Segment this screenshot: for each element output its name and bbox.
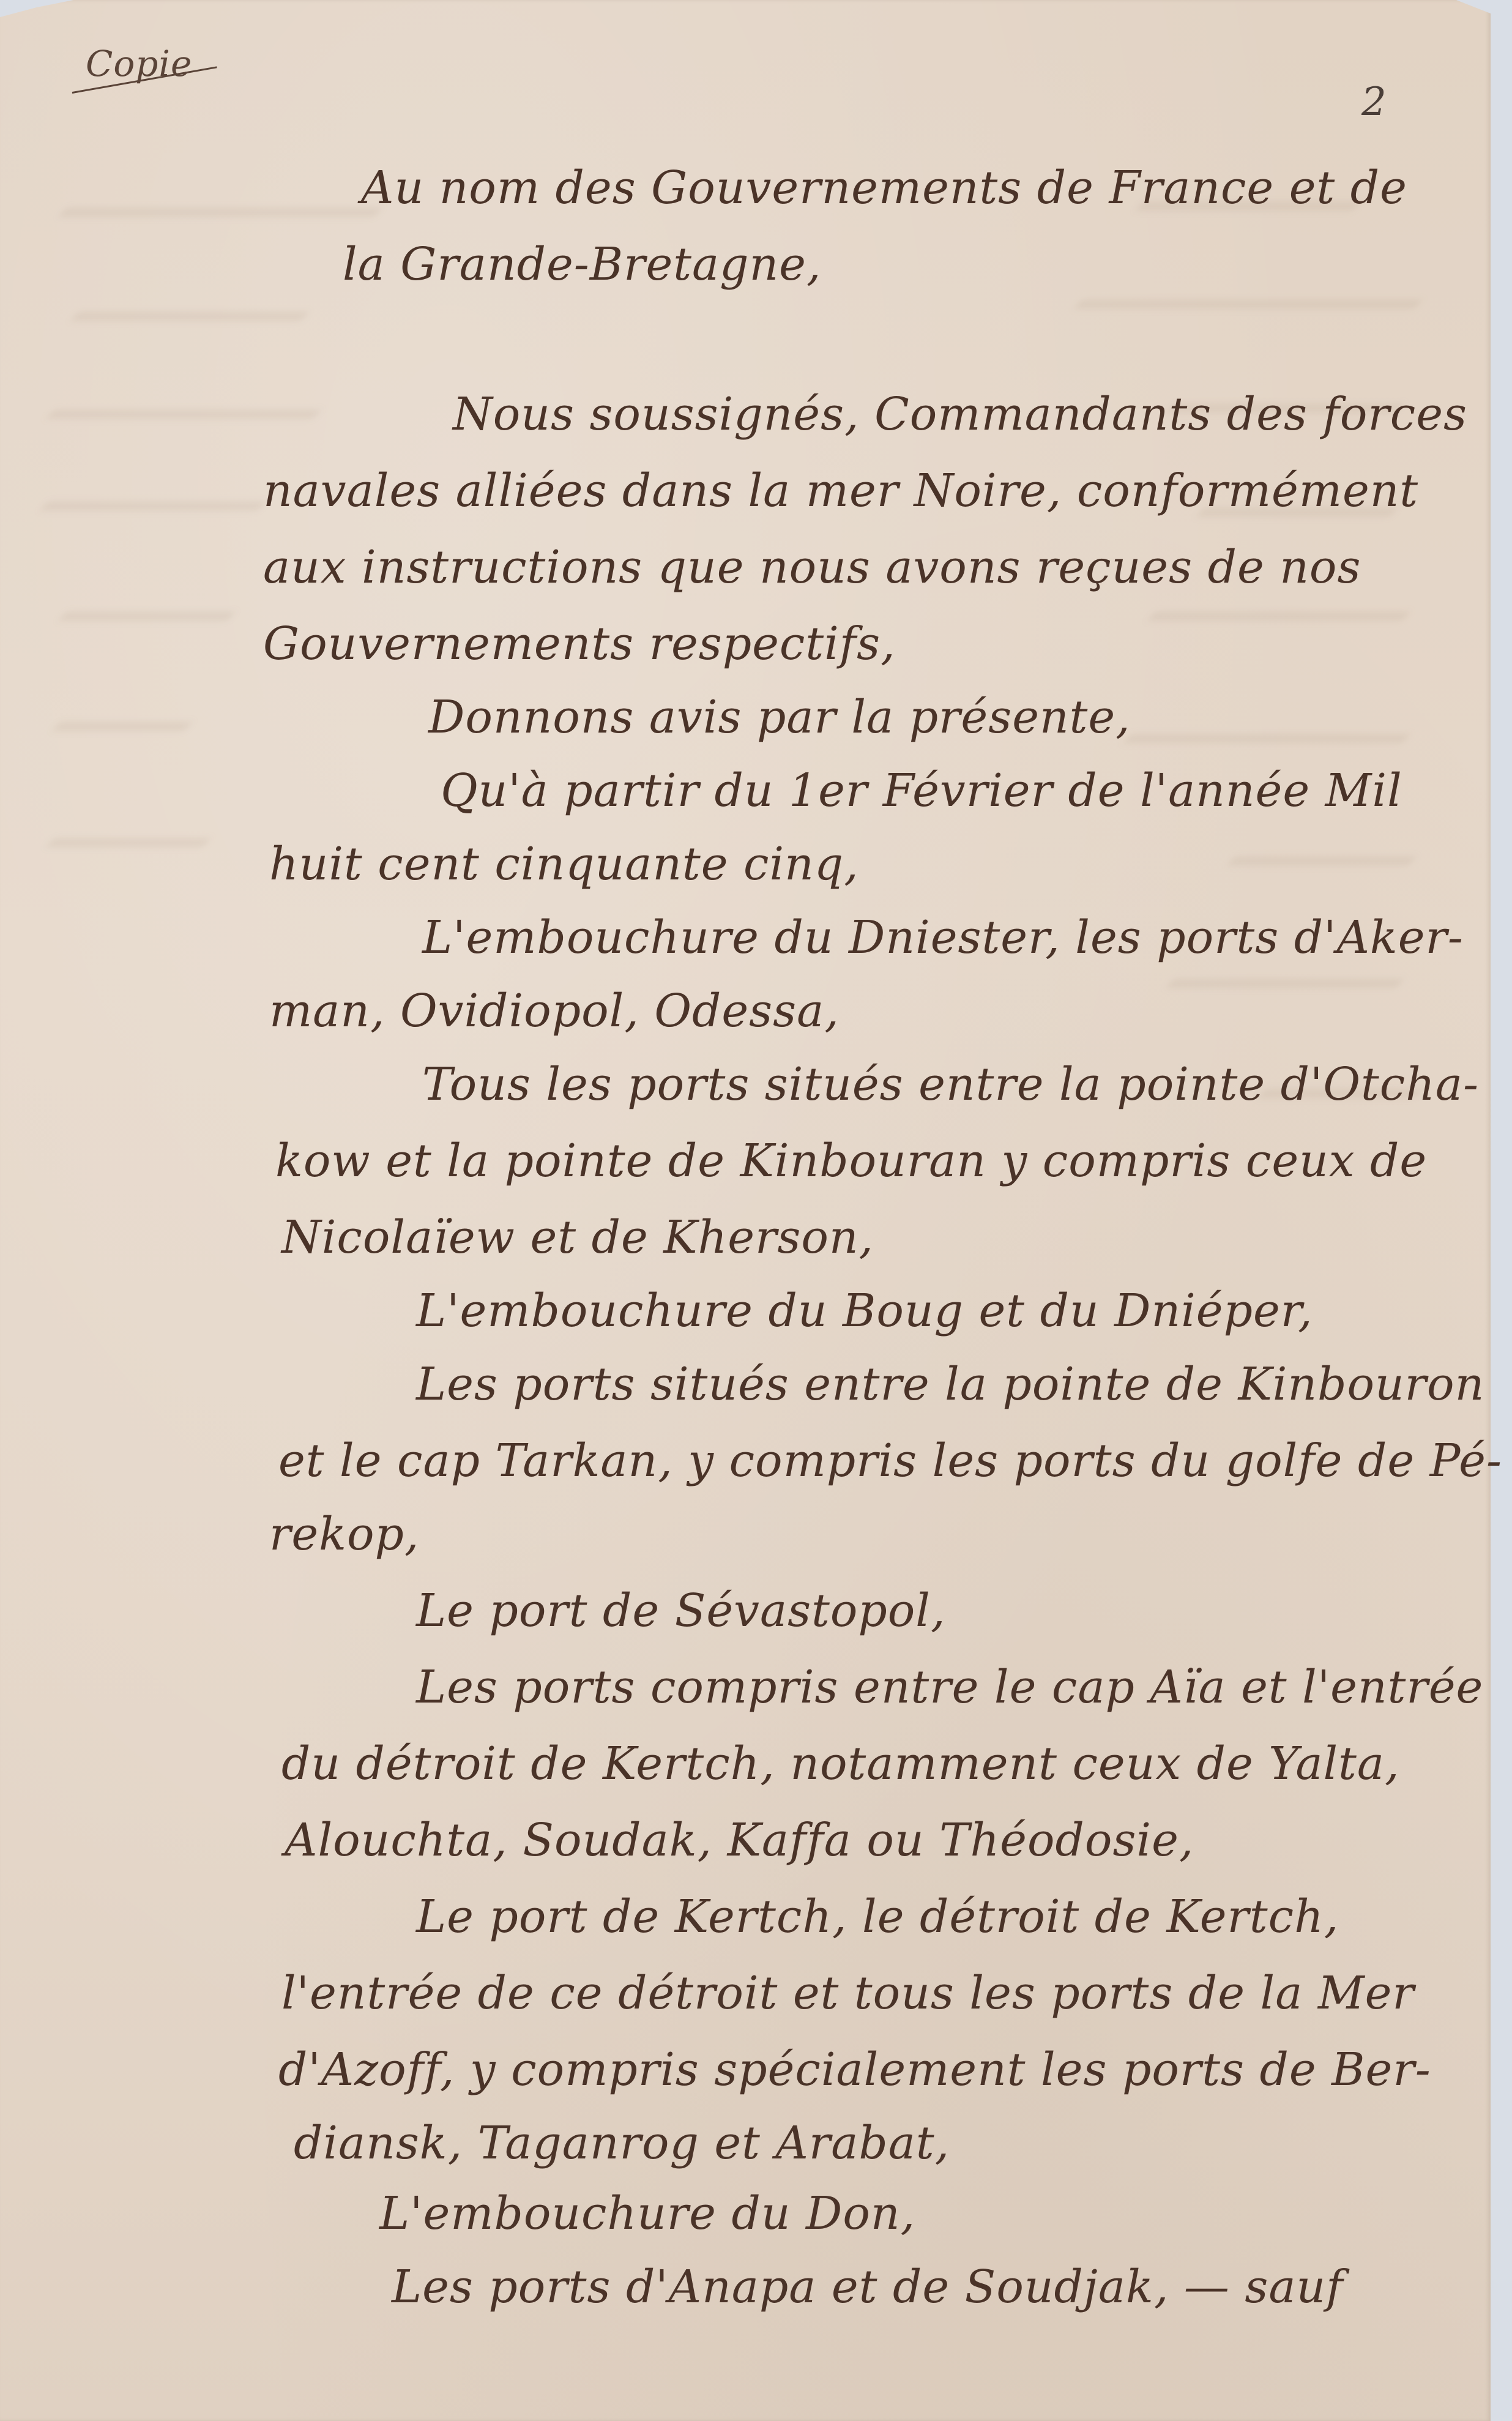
text-line: L'embouchure du Dniester, les ports d'Ak… — [422, 915, 1464, 960]
text-line: rekop, — [269, 1512, 419, 1557]
text-line: du détroit de Kertch, notamment ceux de … — [281, 1741, 1400, 1786]
text-line: Nicolaïew et de Kherson, — [281, 1215, 874, 1260]
text-line: aux instructions que nous avons reçues d… — [263, 545, 1361, 590]
text-line: Les ports d'Anapa et de Soudjak, — sauf — [392, 2264, 1344, 2310]
text-line: Tous les ports situés entre la pointe d'… — [422, 1062, 1479, 1107]
text-line: man, Ovidiopol, Odessa, — [269, 988, 840, 1034]
text-line: Donnons avis par la présente, — [428, 695, 1131, 740]
handwritten-text-body: Au nom des Gouvernements de France et de… — [0, 0, 1491, 2421]
text-line: Au nom des Gouvernements de France et de — [361, 165, 1407, 211]
text-line: L'embouchure du Don, — [379, 2191, 915, 2236]
text-line: Gouvernements respectifs, — [263, 621, 896, 666]
text-line: diansk, Taganrog et Arabat, — [294, 2121, 950, 2166]
text-line: Alouchta, Soudak, Kaffa ou Théodosie, — [285, 1818, 1194, 1863]
text-line: Nous soussignés, Commandants des forces — [453, 392, 1467, 437]
text-line: navales alliées dans la mer Noire, confo… — [263, 468, 1418, 513]
text-line: et le cap Tarkan, y compris les ports du… — [278, 1438, 1502, 1483]
text-line: huit cent cinquante cinq, — [269, 841, 859, 887]
text-line: Le port de Kertch, le détroit de Kertch, — [416, 1894, 1339, 1939]
text-line: Le port de Sévastopol, — [416, 1588, 945, 1633]
text-line: kow et la pointe de Kinbouran y compris … — [275, 1138, 1427, 1184]
text-line: L'embouchure du Boug et du Dniéper, — [416, 1288, 1313, 1334]
text-line: Qu'à partir du 1er Février de l'année Mi… — [441, 768, 1402, 813]
text-line: Les ports compris entre le cap Aïa et l'… — [416, 1665, 1483, 1710]
text-line: l'entrée de ce détroit et tous les ports… — [281, 1971, 1415, 2016]
text-line: la Grande-Bretagne, — [343, 242, 822, 287]
text-line: Les ports situés entre la pointe de Kinb… — [416, 1362, 1484, 1407]
text-line: d'Azoff, y compris spécialement les port… — [278, 2047, 1431, 2092]
